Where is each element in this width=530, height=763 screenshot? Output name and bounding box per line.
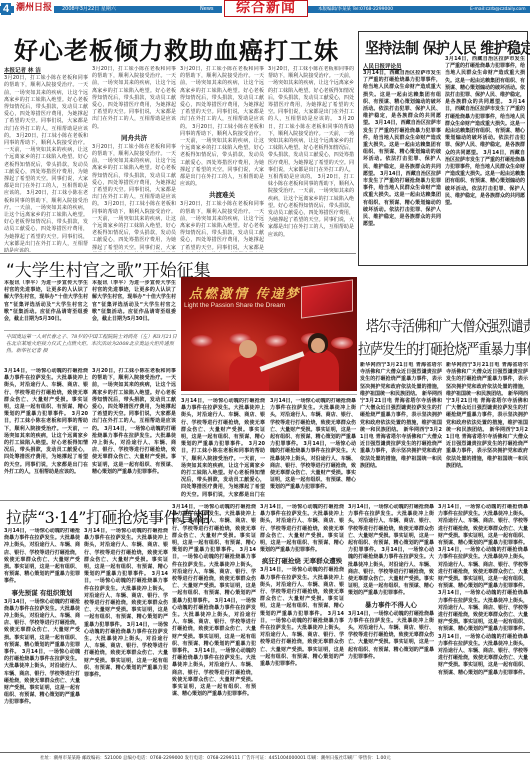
village-song-col-1: 本报讯（李平）为进一步宣传大学生村官的先进事迹，让更多的人认识了解大学生村官，现… <box>4 280 88 328</box>
truth-col-6: 3月14日，一场惊心动魄的打砸抢烧暴力事件在拉萨发生。大批暴徒冲上街头，对沿途行… <box>438 504 528 750</box>
lead-headline: 好心老板倾力救助血癌打工妹 <box>14 31 339 66</box>
commentary-col-1: 3月14日，西藏自治区拉萨市发生了严重的打砸抢烧暴力犯罪事件，给当地人民群众生命… <box>363 70 441 262</box>
footer-publisher-info: 社址：潮州市某某路 邮政编码：521000 总编办电话：0768-2299000… <box>40 755 391 761</box>
tar-temple-col-2: 新华网西宁3月21日电 青海省塔尔寺活佛和广大僧众近日强烈谴责拉萨发生的打砸抢烧… <box>446 362 528 498</box>
page-number: 4 <box>1 3 11 15</box>
lead-subhead-1: 同舟共济 <box>92 133 176 142</box>
divider <box>0 500 530 501</box>
truth-col-4: 3月14日，一场惊心动魄的打砸抢烧暴力事件在拉萨发生。大批暴徒冲上街头，对沿途行… <box>260 504 344 750</box>
commentary-source: 人民日报评论员 <box>363 62 402 70</box>
lead-col-2: 3月20日，打工妹小陈在老板和同事的帮助下，顺利入院接受治疗。一天前，一场突如其… <box>92 66 176 252</box>
truth-col-2: 3月14日，一场惊心动魄的打砸抢烧暴力事件在拉萨发生。大批暴徒冲上街头，对沿途行… <box>84 528 168 750</box>
commentary-box: 坚持法制 保护人民 维护稳定 人民日报评论员 3月14日，西藏自治区拉萨市发生了… <box>358 31 528 266</box>
photo-slogan: Light the Passion Share the Dream <box>184 302 285 309</box>
mid-col-3: 3月14日，一场惊心动魄的打砸抢烧暴力事件在拉萨发生。大批暴徒冲上街头，对沿途行… <box>181 398 265 498</box>
section-title-box: 综合新闻 <box>224 0 308 17</box>
divider <box>0 253 356 254</box>
editor-info: 本版编辑/李某某 Tel:0768-2299000 <box>318 6 393 13</box>
truth-col-5: 3月14日，一场惊心动魄的打砸抢烧暴力事件在拉萨发生。大批暴徒冲上街头，对沿途行… <box>348 504 434 750</box>
issue-date: 2008年3月22日 星期六 <box>62 6 116 13</box>
photo-caption: 中国奥运第一人刘长春之子、78岁的中国工程院院士刘鸿亮（左）和3月21日在北京某… <box>6 334 178 355</box>
page-footer: 社址：潮州市某某路 邮政编码：521000 总编办电话：0768-2299000… <box>0 752 530 763</box>
photo-calligraphy: 点燃激情 传递梦想 <box>189 283 316 302</box>
divider <box>4 330 176 331</box>
mid-col-1: 3月14日，一场惊心动魄的打砸抢烧暴力事件在拉萨发生。大批暴徒冲上街头，对沿途行… <box>4 368 88 498</box>
mid-col-4: 3月14日，一场惊心动魄的打砸抢烧暴力事件在拉萨发生。大批暴徒冲上街头，对沿途行… <box>270 398 356 498</box>
divider <box>181 394 357 395</box>
paper-logo: 潮州日报 <box>14 2 54 14</box>
person-left <box>229 355 269 391</box>
contact-email: E-mail:czrb@czdaily.com <box>470 6 526 13</box>
village-song-headline: “大学生村官之歌”开始征集 <box>6 256 211 281</box>
tar-temple-headline-1: 塔尔寺活佛和广大僧众强烈谴责 <box>366 315 530 336</box>
commentary-headline: 坚持法制 保护人民 维护稳定 <box>365 37 530 58</box>
truth-subhead-2: 疯狂打砸抢烧 无辜群众遭殃 <box>260 556 344 565</box>
truth-col-3: 3月14日，一场惊心动魄的打砸抢烧暴力事件在拉萨发生。大批暴徒冲上街头，对沿途行… <box>172 504 256 750</box>
truth-col-1: 3月14日，一场惊心动魄的打砸抢烧暴力事件在拉萨发生。大批暴徒冲上街头，对沿途行… <box>4 528 80 750</box>
torch-relay-photo: 点燃激情 传递梦想 Light the Passion Share the Dr… <box>181 277 357 391</box>
person-left-head <box>239 340 257 358</box>
tar-temple-col-1: 新华网西宁3月21日电 青海省塔尔寺活佛和广大僧众近日强烈谴责拉萨发生的打砸抢烧… <box>360 362 442 498</box>
lead-col-4: 3月20日，打工妹小陈在老板和同事的帮助下，顺利入院接受治疗。一天前，一场突如其… <box>268 66 354 252</box>
truth-subhead-3: 暴力事件不得人心 <box>348 600 434 609</box>
lead-subhead-2: 共渡难关 <box>180 190 264 199</box>
mid-col-2: 3月20日，打工妹小陈在老板和同事的帮助下，顺利入院接受治疗。一天前，一场突如其… <box>92 368 176 498</box>
coca-cola-banner <box>301 279 353 318</box>
commentary-col-2: 3月14日，西藏自治区拉萨市发生了严重的打砸抢烧暴力犯罪事件，给当地人民群众生命… <box>445 56 525 262</box>
village-song-col-2: 本报讯（李平）为进一步宣传大学生村官的先进事迹，让更多的人认识了解大学生村官，现… <box>92 280 176 328</box>
masthead: 4 潮州日报 2008年3月22日 星期六 News 综合新闻 本版编辑/李某某… <box>0 0 530 20</box>
lead-body: 3月20日，打工妹小陈在老板和同事的帮助下，顺利入院接受治疗。一天前，一场突如其… <box>4 75 88 139</box>
lead-col-3: 3月20日，打工妹小陈在老板和同事的帮助下，顺利入院接受治疗。一天前，一场突如其… <box>180 66 264 252</box>
section-title: 综合新闻 <box>225 1 307 16</box>
tar-temple-headline-2: 拉萨发生的打砸抢烧严重暴力事件 <box>358 338 530 359</box>
torch <box>260 351 305 371</box>
person-right <box>299 349 339 391</box>
truth-subhead-1: 事先预谋 有组织策划 <box>4 588 80 597</box>
person-right-head <box>311 338 325 353</box>
lead-col-1: 本报记者 林 洁 3月20日，打工妹小陈在老板和同事的帮助下，顺利入院接受治疗。… <box>4 66 88 252</box>
lead-byline: 本报记者 林 洁 <box>4 68 41 74</box>
news-label: News <box>200 6 214 13</box>
